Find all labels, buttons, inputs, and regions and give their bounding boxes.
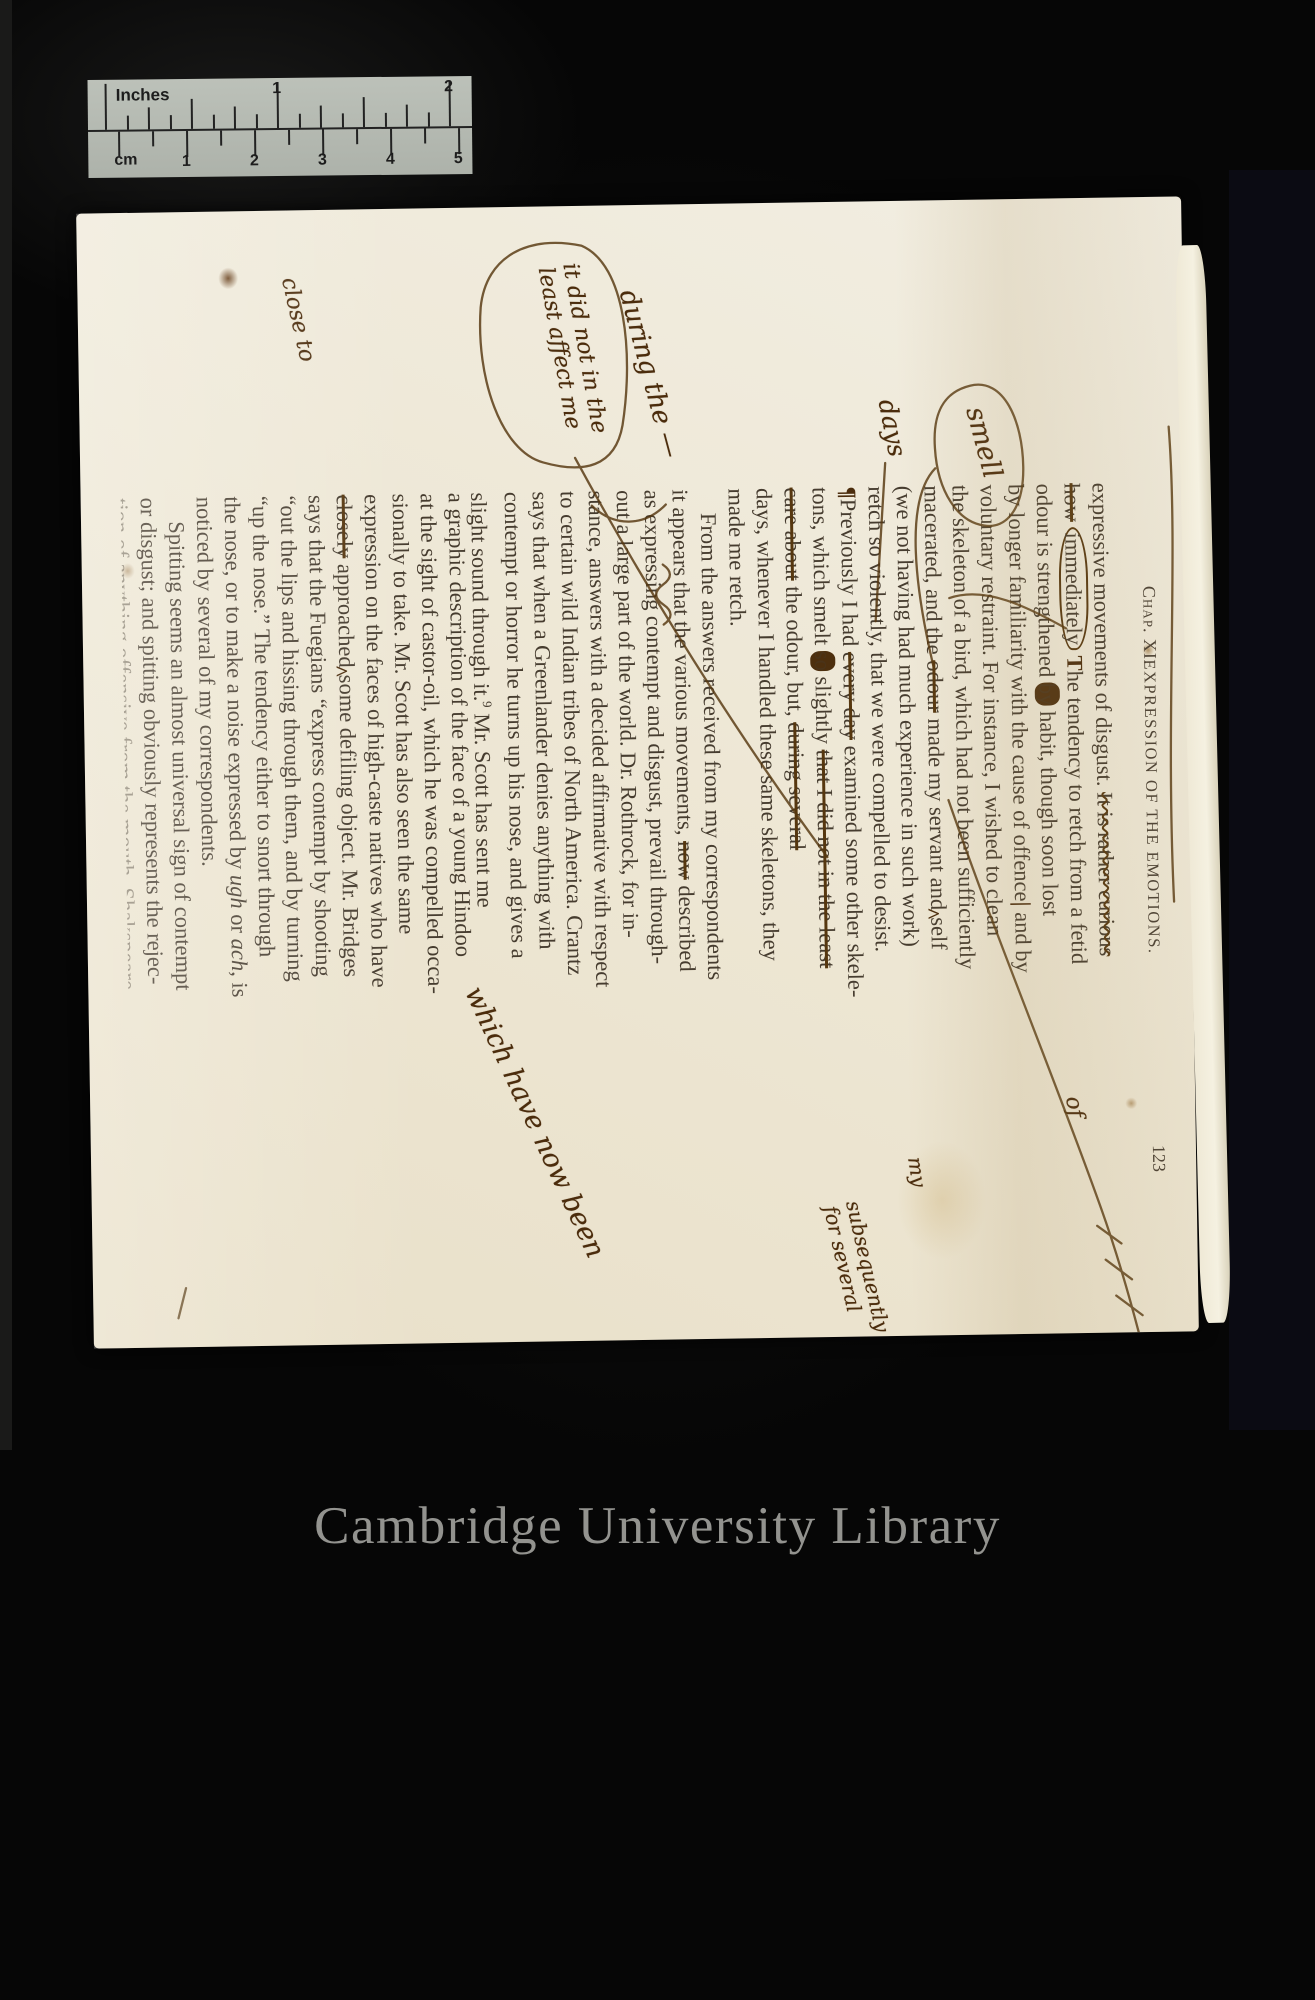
handwritten-annotation: subsequently for several bbox=[819, 1198, 900, 1348]
proof-page: Chap. XI. EXPRESSION OF THE EMOTIONS. 12… bbox=[76, 196, 1199, 1348]
text-segment-struck: that I did not in the least bbox=[812, 749, 840, 968]
text-segment-it: ach bbox=[227, 938, 253, 971]
measuring-ruler: Inches cm 1212345 bbox=[87, 76, 472, 178]
text-segment: some defiling object. Mr. Bridges bbox=[334, 674, 364, 977]
page-number: 123 bbox=[1148, 1145, 1169, 1172]
text-segment: slightly bbox=[810, 671, 836, 750]
text-segment-caret: ^ bbox=[919, 907, 944, 920]
text-segment: tons, which smelt bbox=[808, 487, 836, 651]
deletion-barbs bbox=[1097, 1225, 1142, 1316]
inch-tick bbox=[105, 84, 107, 130]
text-segment: it appears that the various movements, bbox=[668, 489, 699, 841]
ruler-midline bbox=[88, 126, 472, 132]
manuscript-page-wrapper: Chap. XI. EXPRESSION OF THE EMOTIONS. 12… bbox=[76, 196, 1199, 1348]
text-segment-blot: so bbox=[810, 651, 835, 671]
inch-tick bbox=[341, 113, 343, 127]
text-segment-struck: every day bbox=[838, 652, 864, 740]
text-segment-struck: care about bbox=[780, 487, 806, 580]
ruler-number: 5 bbox=[454, 150, 463, 168]
foxing-spot bbox=[1125, 1097, 1137, 1109]
library-watermark: Cambridge University Library bbox=[0, 1496, 1315, 1556]
handwritten-annotation: days bbox=[872, 397, 917, 491]
inch-tick bbox=[255, 114, 257, 128]
inch-tick bbox=[169, 115, 171, 129]
text-segment: or bbox=[226, 908, 251, 938]
printed-text-block: expressive movements of disgust. It is r… bbox=[121, 482, 1125, 1188]
text-segment: and by bbox=[1010, 906, 1036, 973]
inch-tick bbox=[234, 106, 236, 128]
ruler-number: 1 bbox=[182, 153, 191, 171]
text-segment-struck: during several bbox=[783, 722, 810, 850]
cm-tick bbox=[220, 131, 222, 146]
right-velvet-band bbox=[1229, 170, 1315, 1430]
text-segment: odour is strengthened bbox=[1032, 483, 1060, 683]
text-segment-it: ugh bbox=[226, 875, 252, 909]
ruler-number: 4 bbox=[386, 151, 395, 169]
inch-tick bbox=[298, 114, 300, 128]
handwritten-annotation: it did not in the least affect me bbox=[532, 261, 616, 467]
inch-tick bbox=[212, 115, 214, 129]
page-header: Chap. XI. EXPRESSION OF THE EMOTIONS. 12… bbox=[1134, 482, 1171, 1172]
text-segment: macerated, and the bbox=[920, 485, 948, 660]
inch-tick bbox=[406, 105, 408, 127]
ruler-number: 3 bbox=[318, 152, 327, 170]
text-segment-circled: immediately bbox=[1058, 527, 1089, 650]
text-segment-struck: closely bbox=[332, 494, 358, 558]
text-segment: habit, though soon lost bbox=[1035, 705, 1063, 916]
text-segment: approached bbox=[333, 558, 360, 668]
foxing-spot bbox=[218, 267, 238, 289]
top-margin-ink-line bbox=[1165, 427, 1178, 902]
text-segment-blot: by bbox=[1035, 683, 1060, 706]
running-title: EXPRESSION OF THE EMOTIONS. bbox=[1137, 482, 1167, 1132]
text-segment-ink: T bbox=[1062, 655, 1087, 670]
text-segment-struck: how bbox=[1060, 483, 1086, 522]
text-segment: made me retch. bbox=[724, 488, 751, 626]
text-segment: examined some other skele- bbox=[840, 740, 869, 998]
inch-tick bbox=[427, 112, 429, 126]
text-segment-caret: ^ bbox=[327, 665, 352, 678]
text-segment: the odour, but, bbox=[781, 580, 808, 722]
ruler-number: 2 bbox=[250, 152, 259, 170]
cm-tick bbox=[288, 130, 290, 145]
stray-ink-tick bbox=[178, 1288, 186, 1318]
inch-tick bbox=[191, 99, 193, 129]
text-segment: noticed by several of my correspondents. bbox=[192, 497, 223, 867]
text-segment: , is bbox=[227, 971, 252, 998]
ruler-inches-label: Inches bbox=[116, 85, 170, 106]
ruler-number: 1 bbox=[272, 80, 281, 98]
text-segment: by longer familiarity with the cause of … bbox=[1004, 484, 1036, 902]
text-segment-struck: now bbox=[673, 841, 699, 880]
cm-tick bbox=[356, 129, 358, 144]
cm-tick bbox=[424, 128, 426, 143]
inch-tick bbox=[126, 116, 128, 130]
left-edge-seam bbox=[0, 0, 12, 1450]
handwritten-annotation: close to bbox=[276, 275, 330, 407]
text-segment: Previously I had bbox=[836, 499, 863, 652]
text-segment: he tendency to retch from a fetid bbox=[1062, 670, 1092, 964]
inch-tick bbox=[148, 107, 150, 129]
cm-tick bbox=[118, 132, 120, 158]
cm-tick bbox=[152, 131, 154, 146]
inch-tick bbox=[320, 106, 322, 128]
ruler-number: 2 bbox=[444, 78, 453, 96]
text-segment: made my servant and bbox=[923, 713, 951, 911]
text-segment: self bbox=[926, 917, 952, 950]
text-segment: expressive movements of disgust. bbox=[1088, 483, 1118, 793]
inch-tick bbox=[384, 113, 386, 127]
text-segment-wavy: It is rather curious bbox=[1092, 792, 1120, 957]
text-segment-ink: ¶ bbox=[836, 486, 861, 499]
text-segment: described bbox=[674, 880, 700, 972]
inch-tick bbox=[363, 97, 365, 127]
text-segment: the nose, or to make a noise expressed b… bbox=[220, 496, 251, 875]
text-segment-struck: odour bbox=[922, 660, 948, 713]
